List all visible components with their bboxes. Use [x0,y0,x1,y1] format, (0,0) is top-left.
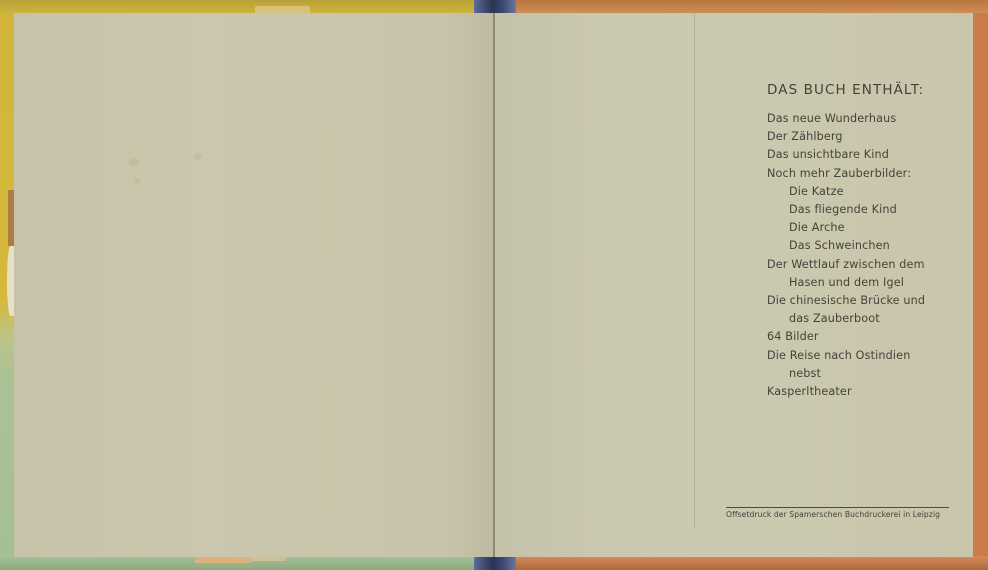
paper-stain [129,158,139,166]
left-cover-top-edge [0,0,476,14]
bottom-paper-tab [195,556,250,563]
printer-imprint: Offsetdruck der Spamerschen Buchdruckere… [726,510,940,519]
contents-continuation: das Zauberboot [767,310,925,328]
contents-item: Noch mehr Zauberbilder: [767,165,925,183]
contents-subitem: Die Arche [767,219,925,237]
page-leaf-edge [7,246,14,316]
contents-item: Das neue Wunderhaus [767,110,925,128]
contents-subitem: Das fliegende Kind [767,201,925,219]
contents-item: Die chinesische Brücke und [767,292,925,310]
book-spread: DAS BUCH ENTHÄLT: Das neue Wunderhaus De… [0,0,988,570]
contents-item: Das unsichtbare Kind [767,146,925,164]
contents-subitem: Das Schweinchen [767,237,925,255]
contents-subitem: Die Katze [767,183,925,201]
contents-title: DAS BUCH ENTHÄLT: [767,82,925,98]
contents-list: Das neue Wunderhaus Der Zählberg Das uns… [767,110,925,401]
paper-stain [134,178,140,184]
contents-item: Der Wettlauf zwischen dem [767,256,925,274]
contents-item: Der Zählberg [767,128,925,146]
left-page [14,13,494,557]
right-cover-bottom-edge [514,556,988,570]
contents-item: Kasperltheater [767,383,925,401]
contents-item: Die Reise nach Ostindien [767,347,925,365]
fold-line [694,13,695,529]
imprint-rule [726,507,949,508]
contents-continuation: Hasen und dem Igel [767,274,925,292]
table-of-contents: DAS BUCH ENTHÄLT: Das neue Wunderhaus De… [767,82,925,401]
right-cover-top-edge [514,0,988,13]
paper-stain [194,153,202,160]
contents-continuation: nebst [767,365,925,383]
contents-item: 64 Bilder [767,328,925,346]
